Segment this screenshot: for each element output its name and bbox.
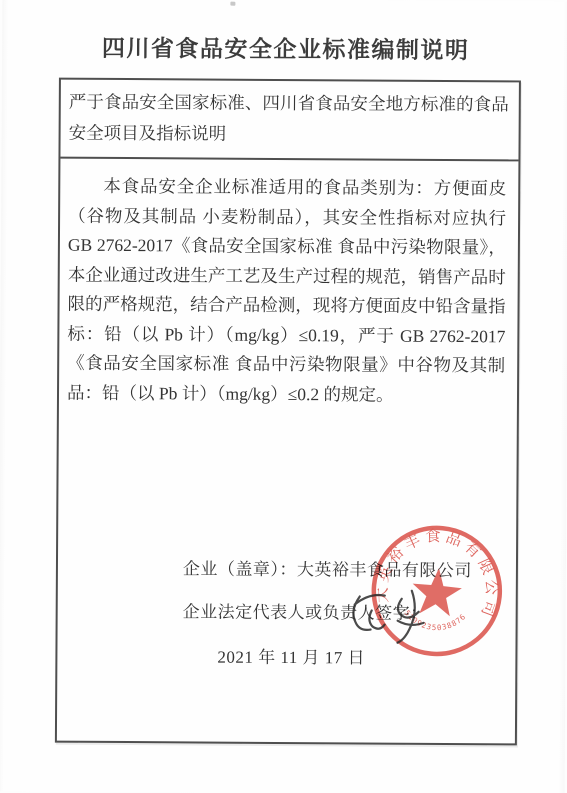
scanned-document-page: 四川省食品安全企业标准编制说明 严于食品安全国家标准、四川省食品安全地方标准的食… xyxy=(0,0,567,793)
scan-artifact-speck xyxy=(230,2,235,6)
company-stamp-label: 企业（盖章）： xyxy=(183,559,297,579)
handwritten-signature xyxy=(345,584,441,655)
page-title: 四川省食品安全企业标准编制说明 xyxy=(2,29,567,65)
signature-block: 企业（盖章）：大英裕丰食品有限公司 企业法定代表人或负责人签字： 2021 年 … xyxy=(57,80,519,744)
signature-date: 2021 年 11 月 17 日 xyxy=(217,643,365,669)
statement-table: 严于食品安全国家标准、四川省食品安全地方标准的食品安全项目及指标说明 本食品安全… xyxy=(55,78,521,746)
